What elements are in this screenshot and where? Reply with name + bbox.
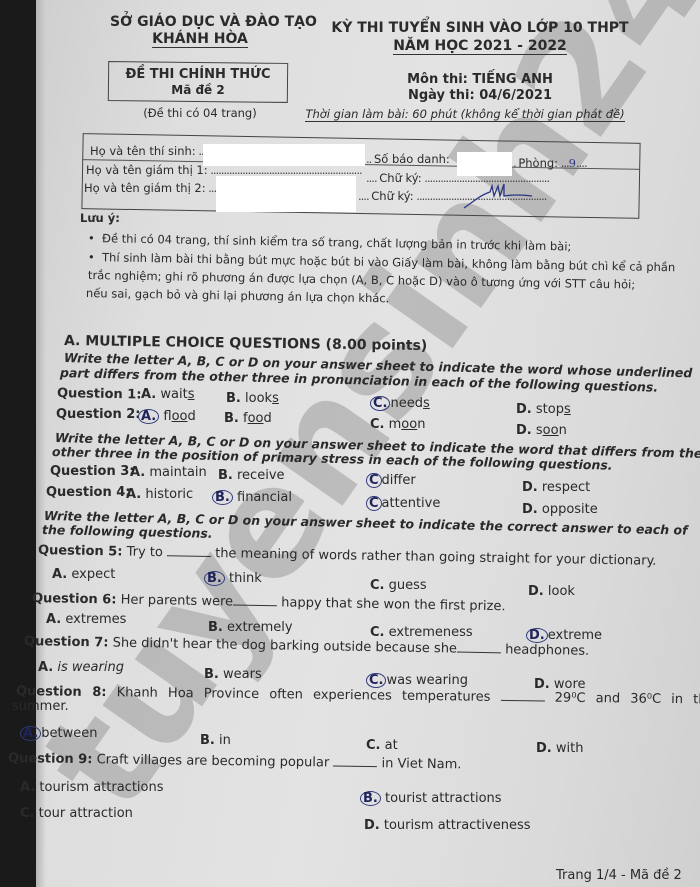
page-count-note: (Đề thi có 04 trang)	[110, 106, 290, 120]
q9-option-d[interactable]: D. tourism attractiveness	[364, 818, 531, 833]
q5-option-d[interactable]: D. look	[528, 584, 575, 599]
q2-option-c[interactable]: C. moon	[370, 417, 425, 432]
q1-option-a[interactable]: A. waits	[141, 387, 194, 402]
duration: Thời gian làm bài: 60 phút (không kể thờ…	[305, 107, 624, 122]
q9-option-c[interactable]: C. tour attraction	[20, 806, 133, 821]
exam-code: Mã đề 2	[108, 83, 288, 97]
q9-option-a[interactable]: A. tourism attractions	[20, 780, 164, 795]
q6-option-b[interactable]: B. extremely	[208, 620, 293, 635]
answer-blank	[457, 652, 501, 654]
answer-circle-mark: D.	[526, 628, 548, 643]
answer-circle-mark: B.	[212, 490, 233, 505]
answer-blank	[233, 605, 277, 607]
q7-option-b[interactable]: B. wears	[204, 667, 262, 682]
exam-date: Ngày thi: 04/6/2021	[330, 88, 630, 103]
candidate-id-label: Số báo danh:	[374, 152, 450, 166]
school-year: NĂM HỌC 2021 - 2022	[393, 38, 567, 55]
answer-circle-mark: C.	[366, 673, 386, 688]
q8-option-d[interactable]: D. with	[536, 741, 583, 756]
q5-option-b[interactable]: B. think	[204, 571, 262, 586]
candidate-name-label: Họ và tên thí sinh:	[90, 144, 196, 158]
q5-option-c[interactable]: C. guess	[370, 578, 427, 593]
q5-option-a[interactable]: A. expect	[52, 567, 115, 582]
proctor1-signature-label: Chữ ký:	[379, 171, 421, 185]
question-1: Question 1:	[57, 386, 142, 402]
answer-circle-mark: C	[366, 473, 382, 488]
q8-option-a[interactable]: A.between	[20, 726, 97, 741]
q3-option-d[interactable]: D. respect	[522, 480, 590, 495]
answer-circle-mark: A.	[138, 409, 159, 424]
q1-option-b[interactable]: B. looks	[226, 391, 279, 406]
q4-option-c[interactable]: Cattentive	[366, 496, 440, 511]
q4-option-d[interactable]: D. opposite	[522, 502, 598, 517]
q3-option-a[interactable]: A. maintain	[130, 465, 207, 480]
exam-name: KỲ THI TUYỂN SINH VÀO LỚP 10 THPT	[330, 20, 630, 36]
handwritten-signature	[460, 182, 540, 212]
answer-blank	[167, 555, 211, 557]
q2-option-b[interactable]: B. food	[224, 411, 272, 426]
proctor2-label: Họ và tên giám thị 2:	[84, 181, 206, 195]
q9-option-b[interactable]: B. tourist attractions	[360, 791, 502, 806]
proctor2-signature-label: Chữ ký:	[371, 189, 413, 203]
answer-circle-mark: A.	[20, 726, 41, 741]
question-8-line2: summer.	[12, 699, 69, 714]
q3-option-c[interactable]: Cdiffer	[366, 473, 416, 488]
page-footer: Trang 1/4 - Mã đề 2	[556, 868, 682, 883]
notes-title: Lưu ý:	[80, 211, 120, 225]
answer-circle-mark: B.	[360, 791, 381, 806]
q6-option-c[interactable]: C. extremeness	[370, 625, 473, 640]
q4-option-b[interactable]: B. financial	[212, 490, 292, 505]
q8-option-c[interactable]: C. at	[366, 738, 398, 753]
proctor1-label: Họ và tên giám thị 1:	[86, 163, 208, 177]
answer-blank	[501, 700, 545, 702]
q6-option-a[interactable]: A. extremes	[46, 612, 126, 627]
department-name: SỞ GIÁO DỤC VÀ ĐÀO TẠO	[110, 14, 290, 30]
q7-option-c[interactable]: C.was wearing	[366, 673, 468, 688]
answer-circle-mark: C	[366, 496, 382, 511]
q6-option-d[interactable]: D.extreme	[526, 628, 602, 643]
q1-option-c[interactable]: C.needs	[370, 396, 430, 411]
q2-option-a[interactable]: A. flood	[138, 409, 196, 424]
province-name: KHÁNH HÒA	[152, 31, 248, 48]
answer-blank	[333, 766, 377, 768]
question-2: Question 2:	[56, 407, 141, 422]
answer-circle-mark: C.	[370, 396, 390, 411]
question-3: Question 3:	[50, 464, 135, 479]
question-4: Question 4:	[46, 485, 131, 500]
redacted-proctor2-name	[216, 176, 356, 212]
official-label: ĐỀ THI CHÍNH THỨC	[108, 67, 288, 82]
room-label: Phòng:	[518, 156, 558, 170]
room-value: 9	[569, 156, 576, 170]
q3-option-b[interactable]: B. receive	[218, 468, 285, 483]
subject: Môn thi: TIẾNG ANH	[330, 72, 630, 87]
q1-option-d[interactable]: D. stops	[516, 402, 571, 417]
q8-option-b[interactable]: B. in	[200, 733, 231, 748]
q7-option-a[interactable]: A. is wearing	[38, 660, 124, 675]
q4-option-a[interactable]: A. historic	[126, 487, 193, 502]
q2-option-d[interactable]: D. soon	[516, 423, 567, 438]
answer-circle-mark: B.	[204, 571, 225, 586]
